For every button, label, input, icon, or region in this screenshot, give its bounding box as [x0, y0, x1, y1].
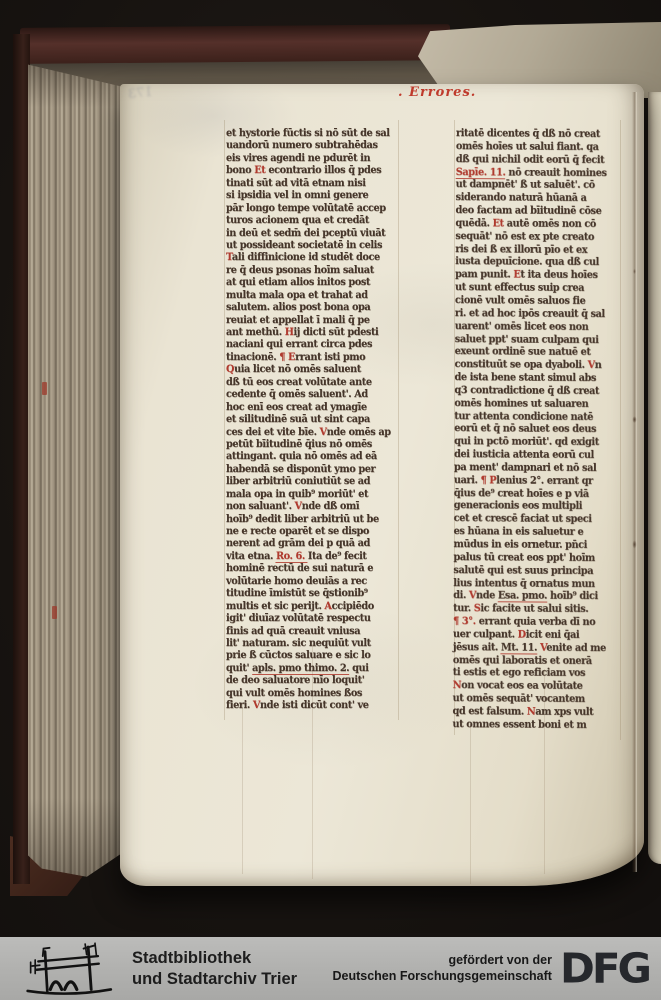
library-name-line2: und Stadtarchiv Trier	[132, 969, 297, 989]
manuscript-line: saluet ppt' suam culpam qui	[455, 333, 618, 347]
manuscript-line: ¶ 3°. errant quia verba dī no	[453, 616, 616, 630]
manuscript-line: nerent ad grām dei p quā ad	[226, 538, 393, 550]
manuscript-line: bono Et econtrario illos q̄ pdes	[226, 165, 393, 177]
manuscript-line: cet et crescē faciat ut speci	[454, 513, 617, 527]
manuscript-line: palus tū creat eos ppt' hoīm	[453, 552, 616, 566]
text-column-left: et hystorie fūctis si nō sūt de saluando…	[226, 128, 393, 713]
page-crease	[242, 704, 243, 874]
manuscript-line: di. Vnde Esa. pmo. hoīb⁹ dici	[453, 590, 616, 604]
manuscript-line: reuiat et appellat ī mali q̄ pe	[226, 315, 393, 327]
manuscript-line: ant methū. Hij dicti sūt pdesti	[226, 327, 393, 339]
manuscript-line: vita etna. Ro. 6. Ita de⁹ fecit	[226, 551, 393, 563]
column-ruling-line	[398, 120, 399, 720]
manuscript-line: ut sunt effectus suip crea	[455, 282, 618, 296]
manuscript-line: cionē vult omēs saluos fie	[455, 295, 618, 309]
manuscript-line: pār longo tempe volūtatē accep	[226, 203, 393, 215]
manuscript-line: jēsus ait. Mt. 11. Venite ad me	[453, 642, 616, 656]
funding-line1: gefördert von der	[332, 953, 552, 969]
manuscript-line: titudine īmistūt se q̄stionib⁹	[226, 588, 393, 600]
book-cover-left-edge	[13, 34, 30, 884]
manuscript-line: et silitudinē suā ut sint capa	[226, 414, 393, 426]
manuscript-line: de deo saluatore nīo loquit'	[226, 675, 393, 687]
manuscript-line: eis vires agendi ne pdurēt in	[226, 153, 393, 165]
text-column-right: ritatē dicentes q̄ dß nō creatomēs hoīes…	[452, 128, 619, 733]
manuscript-line: ti estis et ego reficiam vos	[453, 667, 616, 681]
red-edge-mark	[42, 382, 47, 395]
folio-number-showthrough: 173	[127, 85, 153, 103]
manuscript-line: omēs qui laboratis et onerā	[453, 655, 616, 669]
manuscript-line: omēs homines ut saluaren	[454, 398, 617, 412]
manuscript-line: at qui etiam alios initos post	[226, 277, 393, 289]
manuscript-line: uer culpant. Dicit eni q̄ai	[453, 629, 616, 643]
manuscript-line: exeunt ordinē sue natuē et	[455, 346, 618, 360]
manuscript-line: q̄ius de⁹ creat hoīes e p viā	[454, 488, 617, 502]
manuscript-line: finis ad quā creauit vniusa	[226, 626, 393, 638]
manuscript-line: Quia licet nō omēs saluent	[226, 364, 393, 376]
manuscript-line: uarent' omēs licet eos non	[455, 321, 618, 335]
manuscript-line: quēdā. Et autē omēs non cō	[455, 218, 618, 232]
manuscript-line: cedente q̄ omēs saluent'. Ad	[226, 389, 393, 401]
manuscript-line: multa mala opa et trahat ad	[226, 290, 393, 302]
manuscript-line: hoc enī eos creat ad ymagīe	[226, 402, 393, 414]
book-top-cover-board	[20, 24, 450, 64]
manuscript-line: lit' naturam. sic nequiūt vult	[226, 638, 393, 650]
manuscript-line: multis et sic perijt. Accipiēdo	[226, 601, 393, 613]
manuscript-line: volūtarie homo deuiās a rec	[226, 576, 393, 588]
manuscript-line: omēs hoīes ut salui fiant. qa	[456, 141, 619, 155]
manuscript-line: turos acionem qua et credāt	[226, 215, 393, 227]
dfg-logo: DFG	[560, 944, 649, 992]
page-stack-fore-edge	[28, 58, 126, 880]
manuscript-line: lius intentus q̄ ornatus mun	[453, 578, 616, 592]
manuscript-line: si ipsidia vel in omni genere	[226, 190, 393, 202]
manuscript-line: in deū et sedm̄ dei pceptū viuāt	[226, 228, 393, 240]
manuscript-line: fieri. Vnde isti dicūt cont' ve	[226, 700, 393, 712]
manuscript-line: siderando naturā hūanā a	[456, 192, 619, 206]
manuscript-line: tinati sūt ad vitā etnam nisi	[226, 178, 393, 190]
manuscript-line: ut omnes essent boni et m	[452, 719, 615, 733]
manuscript-line: salutem. alios post bona opa	[226, 302, 393, 314]
manuscript-line: hominē rectū de sui naturā e	[226, 563, 393, 575]
manuscript-line: Sapīe. 11. nō creauit homines	[456, 167, 619, 181]
manuscript-line: hoīb⁹ dedit liber arbitriū ut be	[226, 514, 393, 526]
column-ruling-line	[620, 120, 621, 740]
manuscript-line: quit' apls. pmo thimo. 2. qui	[226, 663, 393, 675]
manuscript-line: deo factam ad bīitudinē cōse	[455, 205, 618, 219]
manuscript-line: attingant. quia nō omēs ad eā	[226, 451, 393, 463]
manuscript-line: habendā se disponūt ymo per	[226, 464, 393, 476]
manuscript-line: pam punit. Et ita deus hoīes	[455, 269, 618, 283]
manuscript-line: petūt bīitudinē q̄ius nō omēs	[226, 439, 393, 451]
manuscript-line: tinacionē. ¶ Errant isti pmo	[226, 352, 393, 364]
manuscript-line: ut omēs sequāt' vocantem	[453, 693, 616, 707]
manuscript-line: mūdus in eis ornetur. pn̄ci	[453, 539, 616, 553]
manuscript-line: dß qui nichil odit eorū q̄ fecit	[456, 154, 619, 168]
manuscript-line: non saluant'. Vnde dß omī	[226, 501, 393, 513]
manuscript-line: liber arbitriū coniutiūt se ad	[226, 476, 393, 488]
next-page-edge	[648, 92, 661, 864]
manuscript-line: pa ment' dampnari et nō sal	[454, 462, 617, 476]
manuscript-line: tur attenta condicione natē	[454, 411, 617, 425]
manuscript-line: qui in pctō moriūt'. qd exigit	[454, 436, 617, 450]
manuscript-line: ris dei ß ex illorū pīo et ex	[455, 244, 618, 258]
manuscript-line: ut possideant societatē in celis	[226, 240, 393, 252]
manuscript-line: q3 contradictione q̄ dß creat	[454, 385, 617, 399]
manuscript-line: re q̄ deus psonas hoīm saluat	[226, 265, 393, 277]
porta-nigra-logo-icon	[24, 941, 116, 997]
manuscript-line: ut dampnēt' ß ut saluēt'. cō	[456, 179, 619, 193]
manuscript-line: salutē qui est suus principa	[453, 565, 616, 579]
funding-line2: Deutschen Forschungsgemeinschaft	[332, 969, 552, 985]
gutter-fold-line	[632, 92, 637, 872]
library-name-line1: Stadtbibliothek	[132, 948, 297, 968]
parchment-page: 173 . Errores. et hystorie fūctis si nō …	[120, 84, 644, 886]
manuscript-line: eorū et q̄ nō saluet eos deus	[454, 423, 617, 437]
manuscript-line: ces dei et vite bīe. Vnde omēs ap	[226, 427, 393, 439]
footer-banner: Stadtbibliothek und Stadtarchiv Trier ge…	[0, 937, 661, 1000]
manuscript-photo: 173 . Errores. et hystorie fūctis si nō …	[0, 0, 661, 1000]
red-edge-mark	[52, 606, 57, 619]
manuscript-line: es hūana in eis saluetur e	[454, 526, 617, 540]
manuscript-line: de ista bene stant simul abs	[454, 372, 617, 386]
manuscript-line: dß tū eos creat volūtate ante	[226, 377, 393, 389]
manuscript-line: et hystorie fūctis si nō sūt de sal	[226, 128, 393, 140]
manuscript-line: qui vult omēs homines ßos	[226, 688, 393, 700]
manuscript-line: ne e recte oparēt et se dispo	[226, 526, 393, 538]
manuscript-line: generacionis eos multipli	[454, 500, 617, 514]
manuscript-line: uari. ¶ Plenius 2°. errant qr	[454, 475, 617, 489]
column-ruling-line	[224, 120, 225, 720]
manuscript-line: Tali diffinicione id studēt doce	[226, 252, 393, 264]
manuscript-line: igit' diuīaz volūtatē respectu	[226, 613, 393, 625]
manuscript-line: Non vocat eos ea volūtate	[453, 680, 616, 694]
manuscript-line: ri. et ad hoc ipōs creauit q̄ sal	[455, 308, 618, 322]
manuscript-line: mala opa in quib⁹ moriūt' et	[226, 489, 393, 501]
manuscript-line: naciani qui errant circa pdes	[226, 339, 393, 351]
manuscript-line: ritatē dicentes q̄ dß nō creat	[456, 128, 619, 142]
manuscript-line: dei iusticia attenta eorū cul	[454, 449, 617, 463]
manuscript-line: sequāt' nō est ex pte creato	[455, 231, 618, 245]
funding-credit: gefördert von der Deutschen Forschungsge…	[332, 953, 552, 984]
manuscript-line: iusta depuīcione. qua dß cul	[455, 256, 618, 270]
running-header-errores: . Errores.	[398, 85, 558, 100]
manuscript-line: tur. Sic facite ut salui sitis.	[453, 603, 616, 617]
manuscript-line: prie ß cūctos saluare e sic lo	[226, 650, 393, 662]
manuscript-line: constituūt se opa dyaboli. Vn	[455, 359, 618, 373]
page-crease	[470, 724, 471, 884]
manuscript-line: qd est falsum. Nam xps vult	[452, 706, 615, 720]
library-name: Stadtbibliothek und Stadtarchiv Trier	[132, 948, 297, 988]
manuscript-line: uandorū numero subtrahēdas	[226, 140, 393, 152]
